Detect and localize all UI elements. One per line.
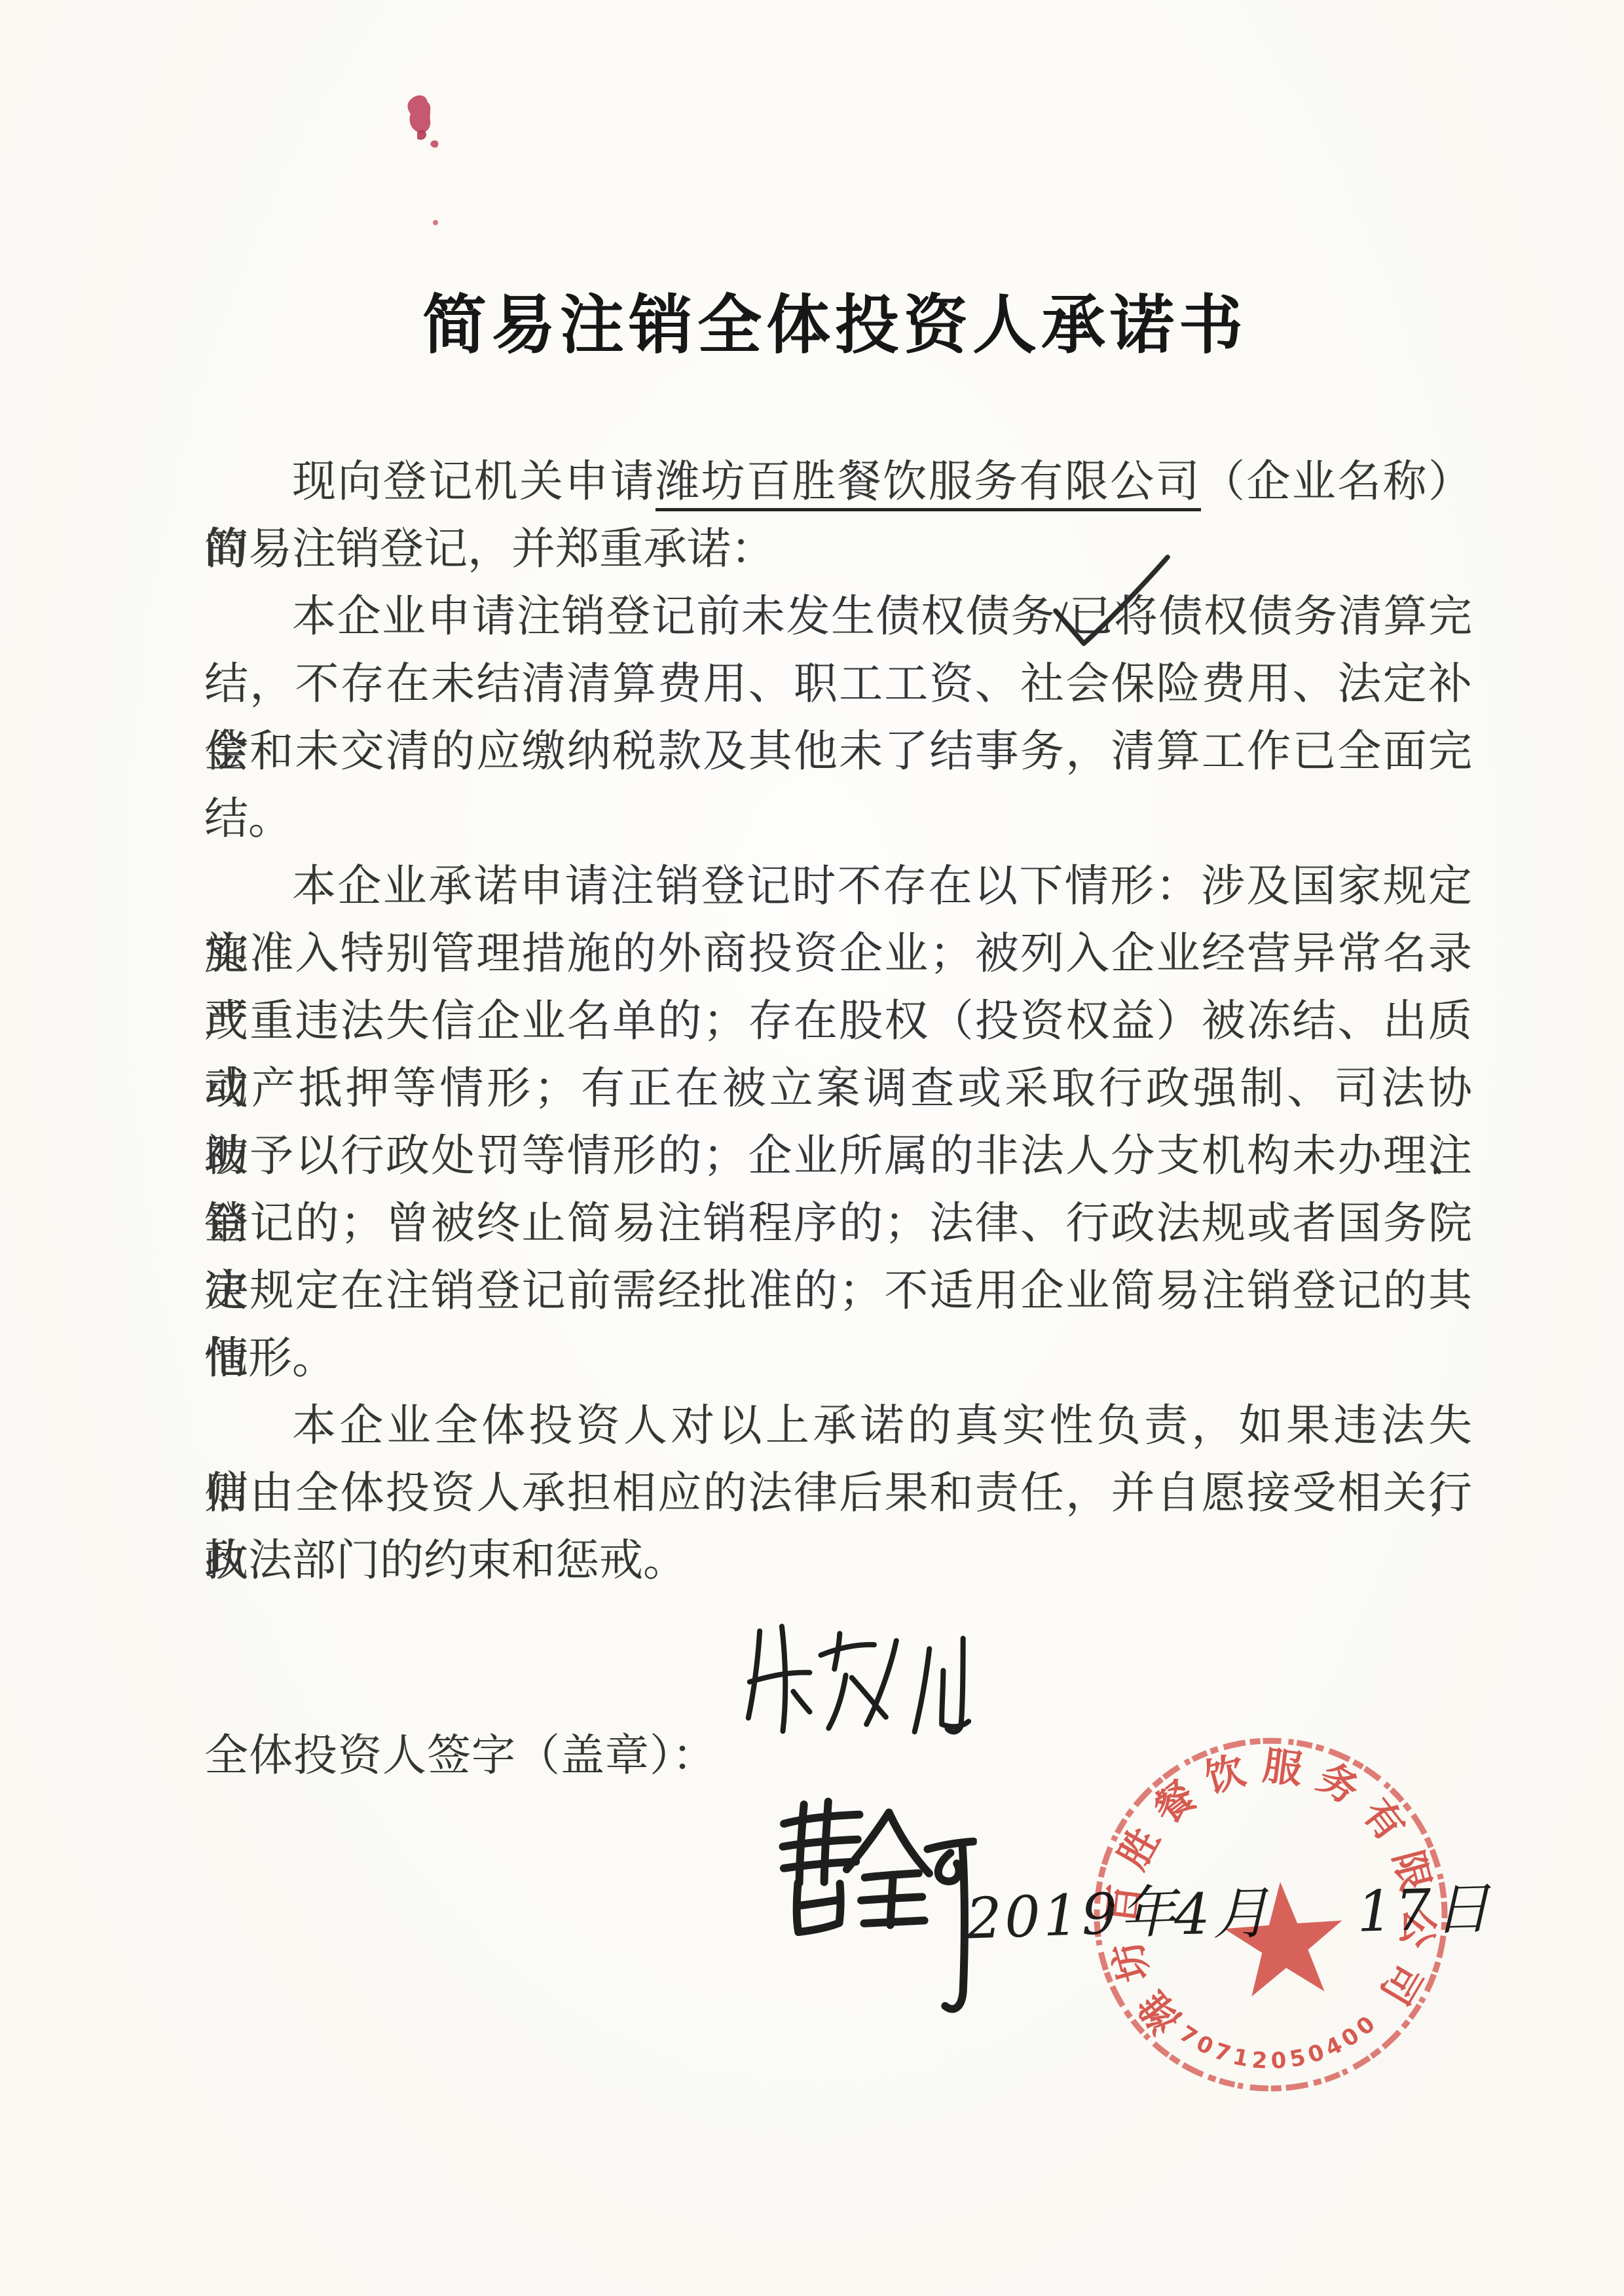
body-text: 金和未交清的应缴纳税款及其他未了结事务，清算工作已全面完 xyxy=(204,727,1472,776)
ink-blot-graphic xyxy=(403,92,449,232)
body-line: 严重违法失信企业名单的；存在股权（投资权益）被冻结、出质或 xyxy=(204,988,1472,1055)
body-text: 现向登记机关申请 xyxy=(292,458,655,506)
body-line: 现向登记机关申请潍坊百胜餐饮服务有限公司（企业名称）的 xyxy=(204,448,1472,516)
body-line: 执法部门的约束和惩戒。 xyxy=(204,1527,1472,1595)
body-line: 情形。 xyxy=(204,1325,1472,1393)
company-name-underlined: 潍坊百胜餐饮服务有限公司 xyxy=(655,458,1201,511)
body-text: 简易注销登记，并郑重承诺： xyxy=(204,525,775,574)
signature-1-graphic xyxy=(741,1612,982,1751)
body-line: 施准入特别管理措施的外商投资企业；被列入企业经营异常名录或 xyxy=(204,920,1472,988)
body-text: 本企业申请注销登记前未发生债权债务/已将债权债务清算完 xyxy=(292,592,1472,641)
body-line: 本企业申请注销登记前未发生债权债务/已将债权债务清算完 xyxy=(204,583,1472,651)
body-line: 登记的；曾被终止简易注销程序的；法律、行政法规或者国务院决 xyxy=(204,1190,1472,1258)
red-ink-blot xyxy=(403,92,449,236)
document-title: 简易注销全体投资人承诺书 xyxy=(0,274,1624,366)
body-text: 结。 xyxy=(204,795,292,843)
body-line: 本企业承诺申请注销登记时不存在以下情形：涉及国家规定实 xyxy=(204,853,1472,920)
body-line: 简易注销登记，并郑重承诺： xyxy=(204,516,1472,583)
handwritten-checkmark xyxy=(1048,552,1175,657)
body-line: 金和未交清的应缴纳税款及其他未了结事务，清算工作已全面完 xyxy=(204,718,1472,786)
signature-2 xyxy=(764,1784,978,2027)
signature-2-graphic xyxy=(764,1784,978,2024)
body-line: 结。 xyxy=(204,786,1472,853)
body-text: 情形。 xyxy=(204,1334,336,1383)
seal-company-name: 潍坊百胜餐饮服务有限公司 xyxy=(1087,1731,1450,2045)
body-line: 定规定在注销登记前需经批准的；不适用企业简易注销登记的其他 xyxy=(204,1258,1472,1325)
company-seal: 潍坊百胜餐饮服务有限公司 3707120504001 xyxy=(1073,1717,1468,2112)
seal-star-icon xyxy=(1221,1878,1347,1998)
svg-text:潍坊百胜餐饮服务有限公司: 潍坊百胜餐饮服务有限公司 xyxy=(1087,1731,1450,2045)
checkmark-graphic xyxy=(1048,552,1175,653)
body-line: 动产抵押等情形；有正在被立案调查或采取行政强制、司法协助、 xyxy=(204,1055,1472,1123)
signature-1 xyxy=(741,1612,982,1754)
body-line: 被予以行政处罚等情形的；企业所属的非法人分支机构未办理注销 xyxy=(204,1123,1472,1190)
scanned-document-page: 简易注销全体投资人承诺书 现向登记机关申请潍坊百胜餐饮服务有限公司（企业名称）的… xyxy=(0,0,1624,2296)
company-seal-graphic: 潍坊百胜餐饮服务有限公司 3707120504001 xyxy=(1073,1717,1468,2112)
body-line: 则由全体投资人承担相应的法律后果和责任，并自愿接受相关行政 xyxy=(204,1460,1472,1527)
body-line: 结，不存在未结清清算费用、职工工资、社会保险费用、法定补偿 xyxy=(204,651,1472,718)
body-text: 执法部门的约束和惩戒。 xyxy=(204,1537,687,1585)
body-line: 本企业全体投资人对以上承诺的真实性负责，如果违法失信， xyxy=(204,1393,1472,1460)
signature-label: 全体投资人签字（盖章）： xyxy=(204,1721,717,1783)
body-text-block: 现向登记机关申请潍坊百胜餐饮服务有限公司（企业名称）的简易注销登记，并郑重承诺：… xyxy=(204,448,1472,1595)
